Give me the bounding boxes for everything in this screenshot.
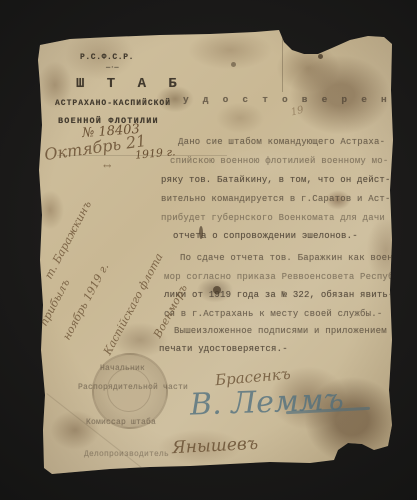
- body-line: прибудет губернского Военкомата для дачи: [161, 213, 385, 223]
- body-line: мор согласно приказа Реввоенсовета Респу…: [164, 272, 399, 282]
- document-title: у д о с т о в е р е н и е: [183, 94, 417, 105]
- ink-blot: [231, 62, 236, 67]
- paper-sheet: Р.С.Ф.С.Р. —·— Ш Т А Б АСТРАХАНО-КАСПИЙС…: [0, 0, 417, 500]
- signature3-handwritten: Янышевъ: [172, 434, 259, 458]
- document-photo: Р.С.Ф.С.Р. —·— Ш Т А Б АСТРАХАНО-КАСПИЙС…: [0, 0, 417, 500]
- margin-note: ноябрь 1919 г.: [60, 261, 111, 342]
- body-line: ся в г.Астрахань к месту своей службы.-: [164, 309, 382, 319]
- body-line: вительно командируется в г.Саратов и Аст…: [161, 194, 391, 204]
- signature2-handwritten: В. Леммъ: [189, 382, 344, 422]
- body-line: Вышеизложенное подписями и приложением: [174, 326, 387, 336]
- ruled-line: [57, 155, 227, 156]
- body-line: Дано сие штабом командующего Астраха-: [178, 137, 385, 147]
- crease-line-vertical: [282, 30, 283, 92]
- body-line: ряку тов. Батайкину, в том, что он дейст…: [161, 175, 391, 185]
- body-line: печати удостоверяется.-: [159, 344, 288, 354]
- body-line: лики от 1919 года за № 322, обязан явить…: [164, 290, 394, 300]
- letterhead-org: Р.С.Ф.С.Р.: [80, 53, 134, 62]
- ink-blot: [199, 226, 203, 239]
- title-margin-scribble: 19: [290, 105, 305, 119]
- ink-blot: [213, 286, 221, 294]
- arrow-mark: ↔: [103, 161, 111, 172]
- margin-note: т. Баражкинъ: [42, 199, 94, 281]
- ink-blot: [318, 54, 323, 59]
- letterhead-unit: Ш Т А Б: [76, 76, 184, 92]
- letterhead-unit-line2: АСТРАХАНО-КАСПИЙСКОЙ: [55, 99, 171, 108]
- body-line: спийскою военною флотилией военному мо-: [170, 156, 388, 166]
- letterhead-divider-ornament: —·—: [106, 64, 119, 72]
- round-seal-stamp: [92, 353, 168, 429]
- body-line: По сдаче отчета тов. Баражкин как воен-: [180, 253, 398, 263]
- round-seal-inner-ring: [107, 368, 151, 412]
